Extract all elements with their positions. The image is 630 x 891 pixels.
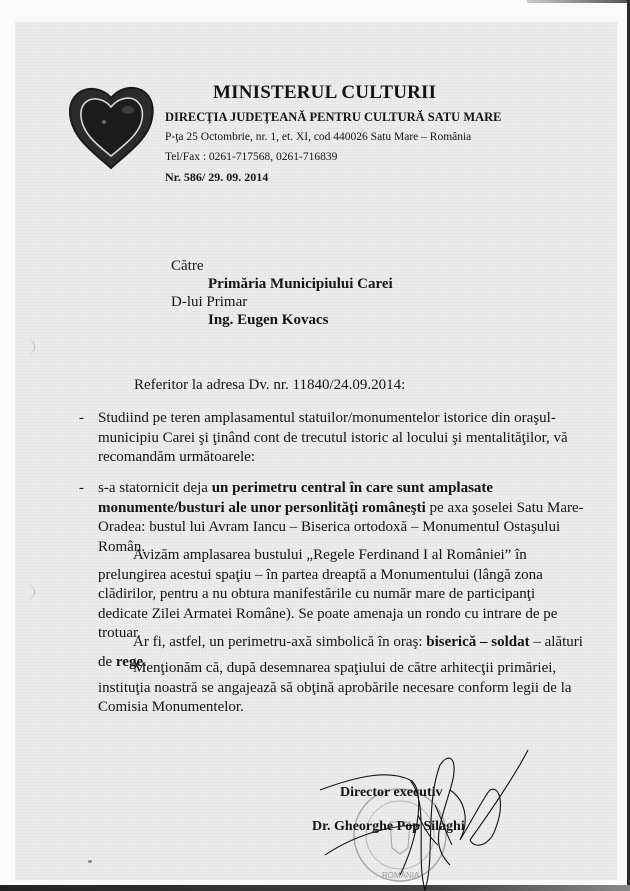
handwritten-signature-icon bbox=[300, 745, 530, 891]
ministry-heart-emblem-icon bbox=[66, 84, 156, 170]
text-run: s-a statornicit deja bbox=[98, 480, 212, 496]
office-address: P-ţa 25 Octombrie, nr. 1, et. XI, cod 44… bbox=[165, 131, 471, 143]
text-run: Avizăm amplasarea bustului „Regele Ferdi… bbox=[98, 547, 557, 641]
addressee-attention: D-lui Primar bbox=[171, 294, 247, 311]
ministry-name: MINISTERUL CULTURII bbox=[213, 82, 436, 104]
paragraph-approval: Avizăm amplasarea bustului „Regele Ferdi… bbox=[98, 546, 588, 644]
bullet-marker: - bbox=[79, 410, 84, 427]
text-run: Ar fi, astfel, un perimetru-axă simbolic… bbox=[133, 634, 426, 650]
bullet-marker: - bbox=[79, 480, 84, 497]
text-run: Menţionăm că, după desemnarea spaţiului … bbox=[98, 660, 572, 715]
reference-line: Referitor la adresa Dv. nr. 11840/24.09.… bbox=[134, 377, 405, 394]
scan-speck bbox=[88, 860, 92, 863]
addressee-institution: Primăria Municipiului Carei bbox=[208, 276, 393, 293]
paragraph-study: Studiind pe teren amplasamentul statuilo… bbox=[98, 409, 588, 468]
addressee-person: Ing. Eugen Kovacs bbox=[208, 312, 328, 329]
phone-fax: Tel/Fax : 0261-717568, 0261-716839 bbox=[165, 151, 337, 163]
paragraph-mention: Menţionăm că, după desemnarea spaţiului … bbox=[98, 659, 588, 718]
text-run-bold: biserică – soldat bbox=[426, 634, 529, 650]
directorate-name: DIRECŢIA JUDEŢEANĂ PENTRU CULTURĂ SATU M… bbox=[165, 110, 502, 125]
registration-number: Nr. 586/ 29. 09. 2014 bbox=[165, 170, 268, 185]
scan-edge-top bbox=[527, 0, 627, 3]
to-label: Către bbox=[171, 258, 203, 275]
